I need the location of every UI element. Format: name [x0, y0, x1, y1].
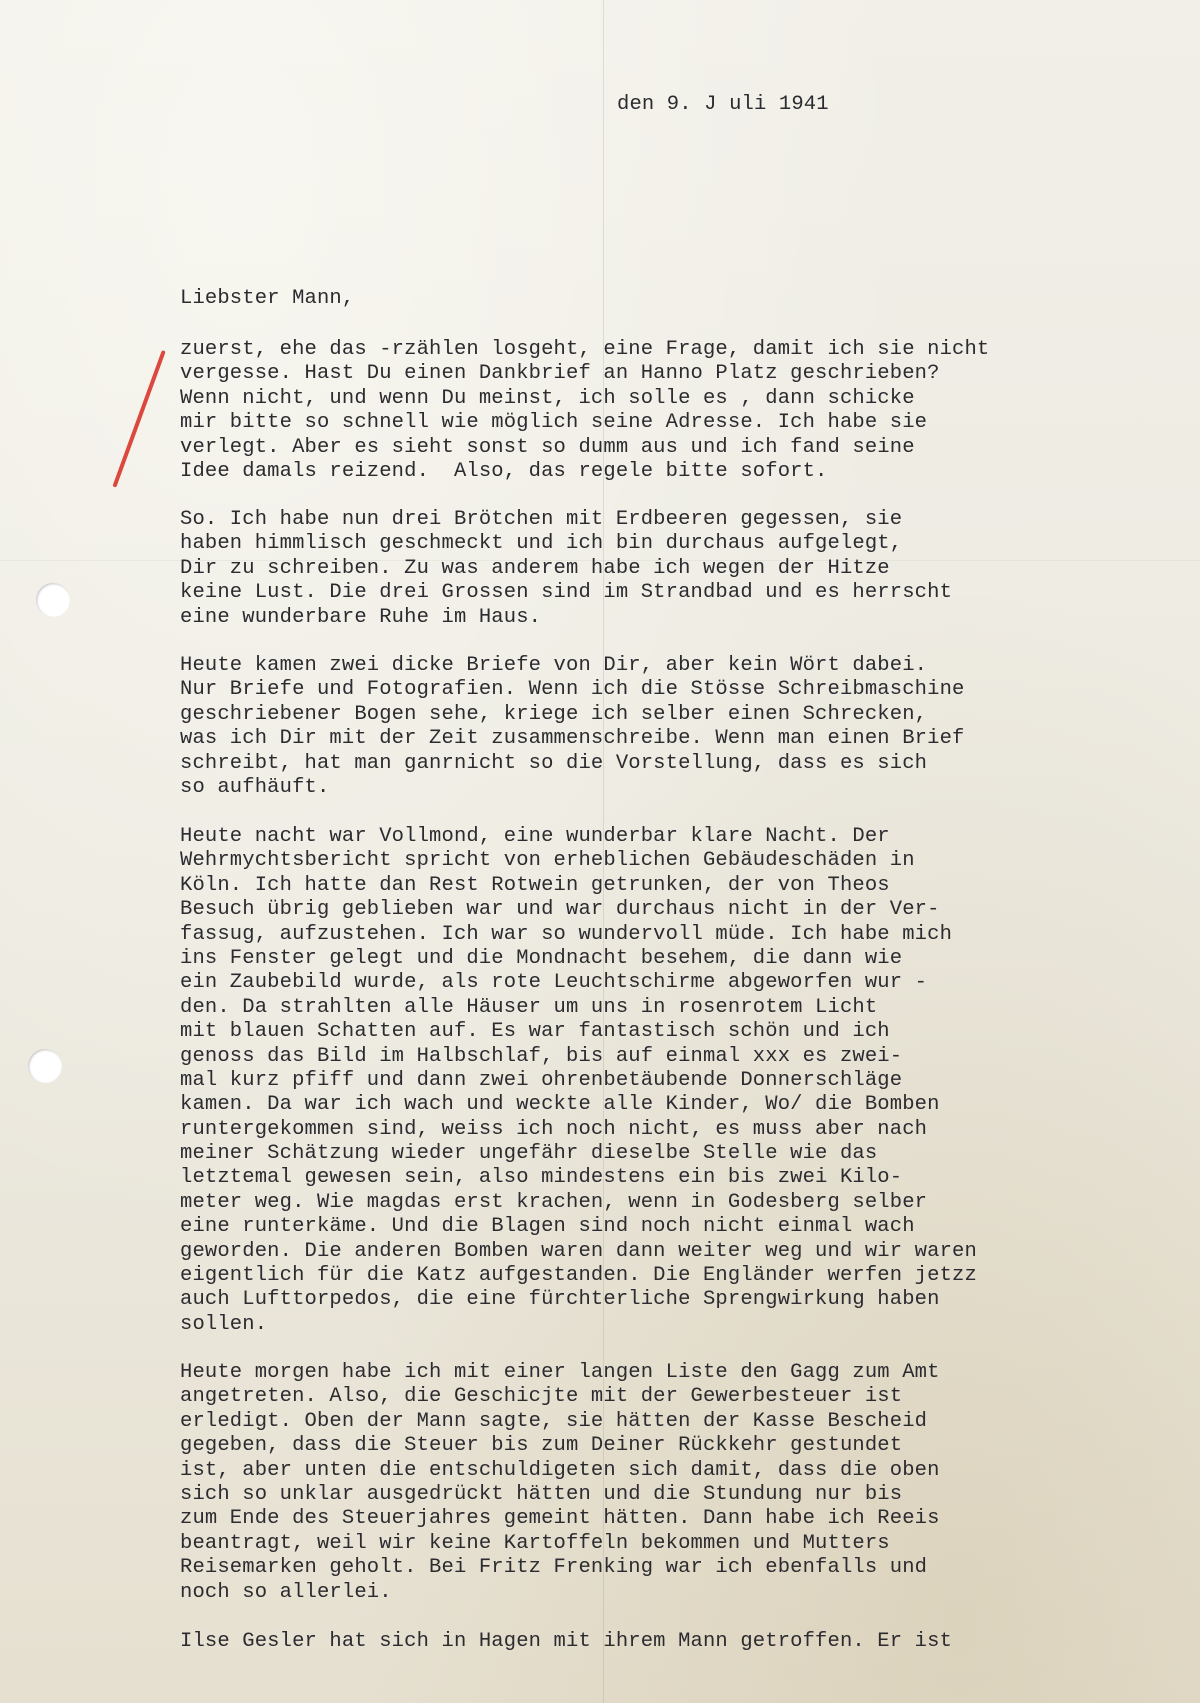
- typed-line: Heute morgen habe ich mit einer langen L…: [180, 1361, 1180, 1385]
- typed-line: eine runterkäme. Und die Blagen sind noc…: [180, 1215, 1180, 1239]
- typed-line: schreibt, hat man ganrnicht so die Vorst…: [180, 752, 1180, 776]
- typed-line: meter weg. Wie magdas erst krachen, wenn…: [180, 1191, 1180, 1215]
- letter-paragraph: Heute kamen zwei dicke Briefe von Dir, a…: [180, 654, 1180, 800]
- letter-salutation: Liebster Mann,: [180, 287, 354, 310]
- typed-line: Köln. Ich hatte dan Rest Rotwein getrunk…: [180, 874, 1180, 898]
- typed-line: so aufhäuft.: [180, 776, 1180, 800]
- letter-paragraph: So. Ich habe nun drei Brötchen mit Erdbe…: [180, 508, 1180, 630]
- letter-date: den 9. J uli 1941: [617, 93, 829, 116]
- typed-line: So. Ich habe nun drei Brötchen mit Erdbe…: [180, 508, 1180, 532]
- typed-line: noch so allerlei.: [180, 1581, 1180, 1605]
- typed-line: Dir zu schreiben. Zu was anderem habe ic…: [180, 557, 1180, 581]
- typed-line: sollen.: [180, 1313, 1180, 1337]
- letter-paragraph: Heute morgen habe ich mit einer langen L…: [180, 1361, 1180, 1605]
- typed-line: mit blauen Schatten auf. Es war fantasti…: [180, 1020, 1180, 1044]
- typed-line: Nur Briefe und Fotografien. Wenn ich die…: [180, 678, 1180, 702]
- typed-line: ist, aber unten die entschuldigeten sich…: [180, 1459, 1180, 1483]
- typed-line: Wehrmychtsbericht spricht von erhebliche…: [180, 849, 1180, 873]
- typed-line: letztemal gewesen sein, also mindestens …: [180, 1166, 1180, 1190]
- typed-line: erledigt. Oben der Mann sagte, sie hätte…: [180, 1410, 1180, 1434]
- typed-line: geschriebener Bogen sehe, kriege ich sel…: [180, 703, 1180, 727]
- typed-line: den. Da strahlten alle Häuser um uns in …: [180, 996, 1180, 1020]
- typed-line: kamen. Da war ich wach und weckte alle K…: [180, 1093, 1180, 1117]
- typed-line: was ich Dir mit der Zeit zusammenschreib…: [180, 727, 1180, 751]
- typed-line: ins Fenster gelegt und die Mondnacht bes…: [180, 947, 1180, 971]
- typed-line: verlegt. Aber es sieht sonst so dumm aus…: [180, 436, 1180, 460]
- typed-line: beantragt, weil wir keine Kartoffeln bek…: [180, 1532, 1180, 1556]
- letter-page: den 9. J uli 1941 Liebster Mann, zuerst,…: [0, 0, 1200, 1703]
- typed-line: fassug, aufzustehen. Ich war so wundervo…: [180, 923, 1180, 947]
- typed-line: angetreten. Also, die Geschicjte mit der…: [180, 1385, 1180, 1409]
- punch-hole-top: [36, 583, 70, 617]
- typed-line: keine Lust. Die drei Grossen sind im Str…: [180, 581, 1180, 605]
- letter-paragraph: Ilse Gesler hat sich in Hagen mit ihrem …: [180, 1630, 1180, 1654]
- typed-line: auch Lufttorpedos, die eine fürchterlich…: [180, 1288, 1180, 1312]
- typed-line: Ilse Gesler hat sich in Hagen mit ihrem …: [180, 1630, 1180, 1654]
- typed-line: Heute nacht war Vollmond, eine wunderbar…: [180, 825, 1180, 849]
- typed-line: haben himmlisch geschmeckt und ich bin d…: [180, 532, 1180, 556]
- typed-line: Heute kamen zwei dicke Briefe von Dir, a…: [180, 654, 1180, 678]
- typed-line: ein Zaubebild wurde, als rote Leuchtschi…: [180, 971, 1180, 995]
- typed-line: genoss das Bild im Halbschlaf, bis auf e…: [180, 1045, 1180, 1069]
- typed-line: zum Ende des Steuerjahres gemeint hätten…: [180, 1507, 1180, 1531]
- typed-line: gegeben, dass die Steuer bis zum Deiner …: [180, 1434, 1180, 1458]
- typed-line: eine wunderbare Ruhe im Haus.: [180, 606, 1180, 630]
- typed-line: Reisemarken geholt. Bei Fritz Frenking w…: [180, 1556, 1180, 1580]
- typed-line: mir bitte so schnell wie möglich seine A…: [180, 411, 1180, 435]
- typed-line: Besuch übrig geblieben war und war durch…: [180, 898, 1180, 922]
- letter-paragraph: Heute nacht war Vollmond, eine wunderbar…: [180, 825, 1180, 1337]
- typed-line: eigentlich für die Katz aufgestanden. Di…: [180, 1264, 1180, 1288]
- typed-line: meiner Schätzung wieder ungefähr dieselb…: [180, 1142, 1180, 1166]
- typed-line: runtergekommen sind, weiss ich noch nich…: [180, 1118, 1180, 1142]
- typed-line: Wenn nicht, und wenn Du meinst, ich soll…: [180, 387, 1180, 411]
- typed-line: vergesse. Hast Du einen Dankbrief an Han…: [180, 362, 1180, 386]
- typed-line: sich so unklar ausgedrückt hätten und di…: [180, 1483, 1180, 1507]
- letter-paragraph: zuerst, ehe das -rzählen losgeht, eine F…: [180, 338, 1180, 484]
- punch-hole-bottom: [28, 1049, 62, 1083]
- typed-line: Idee damals reizend. Also, das regele bi…: [180, 460, 1180, 484]
- red-pencil-margin-mark: [112, 350, 165, 488]
- typed-line: zuerst, ehe das -rzählen losgeht, eine F…: [180, 338, 1180, 362]
- typed-line: geworden. Die anderen Bomben waren dann …: [180, 1240, 1180, 1264]
- typed-line: mal kurz pfiff und dann zwei ohrenbetäub…: [180, 1069, 1180, 1093]
